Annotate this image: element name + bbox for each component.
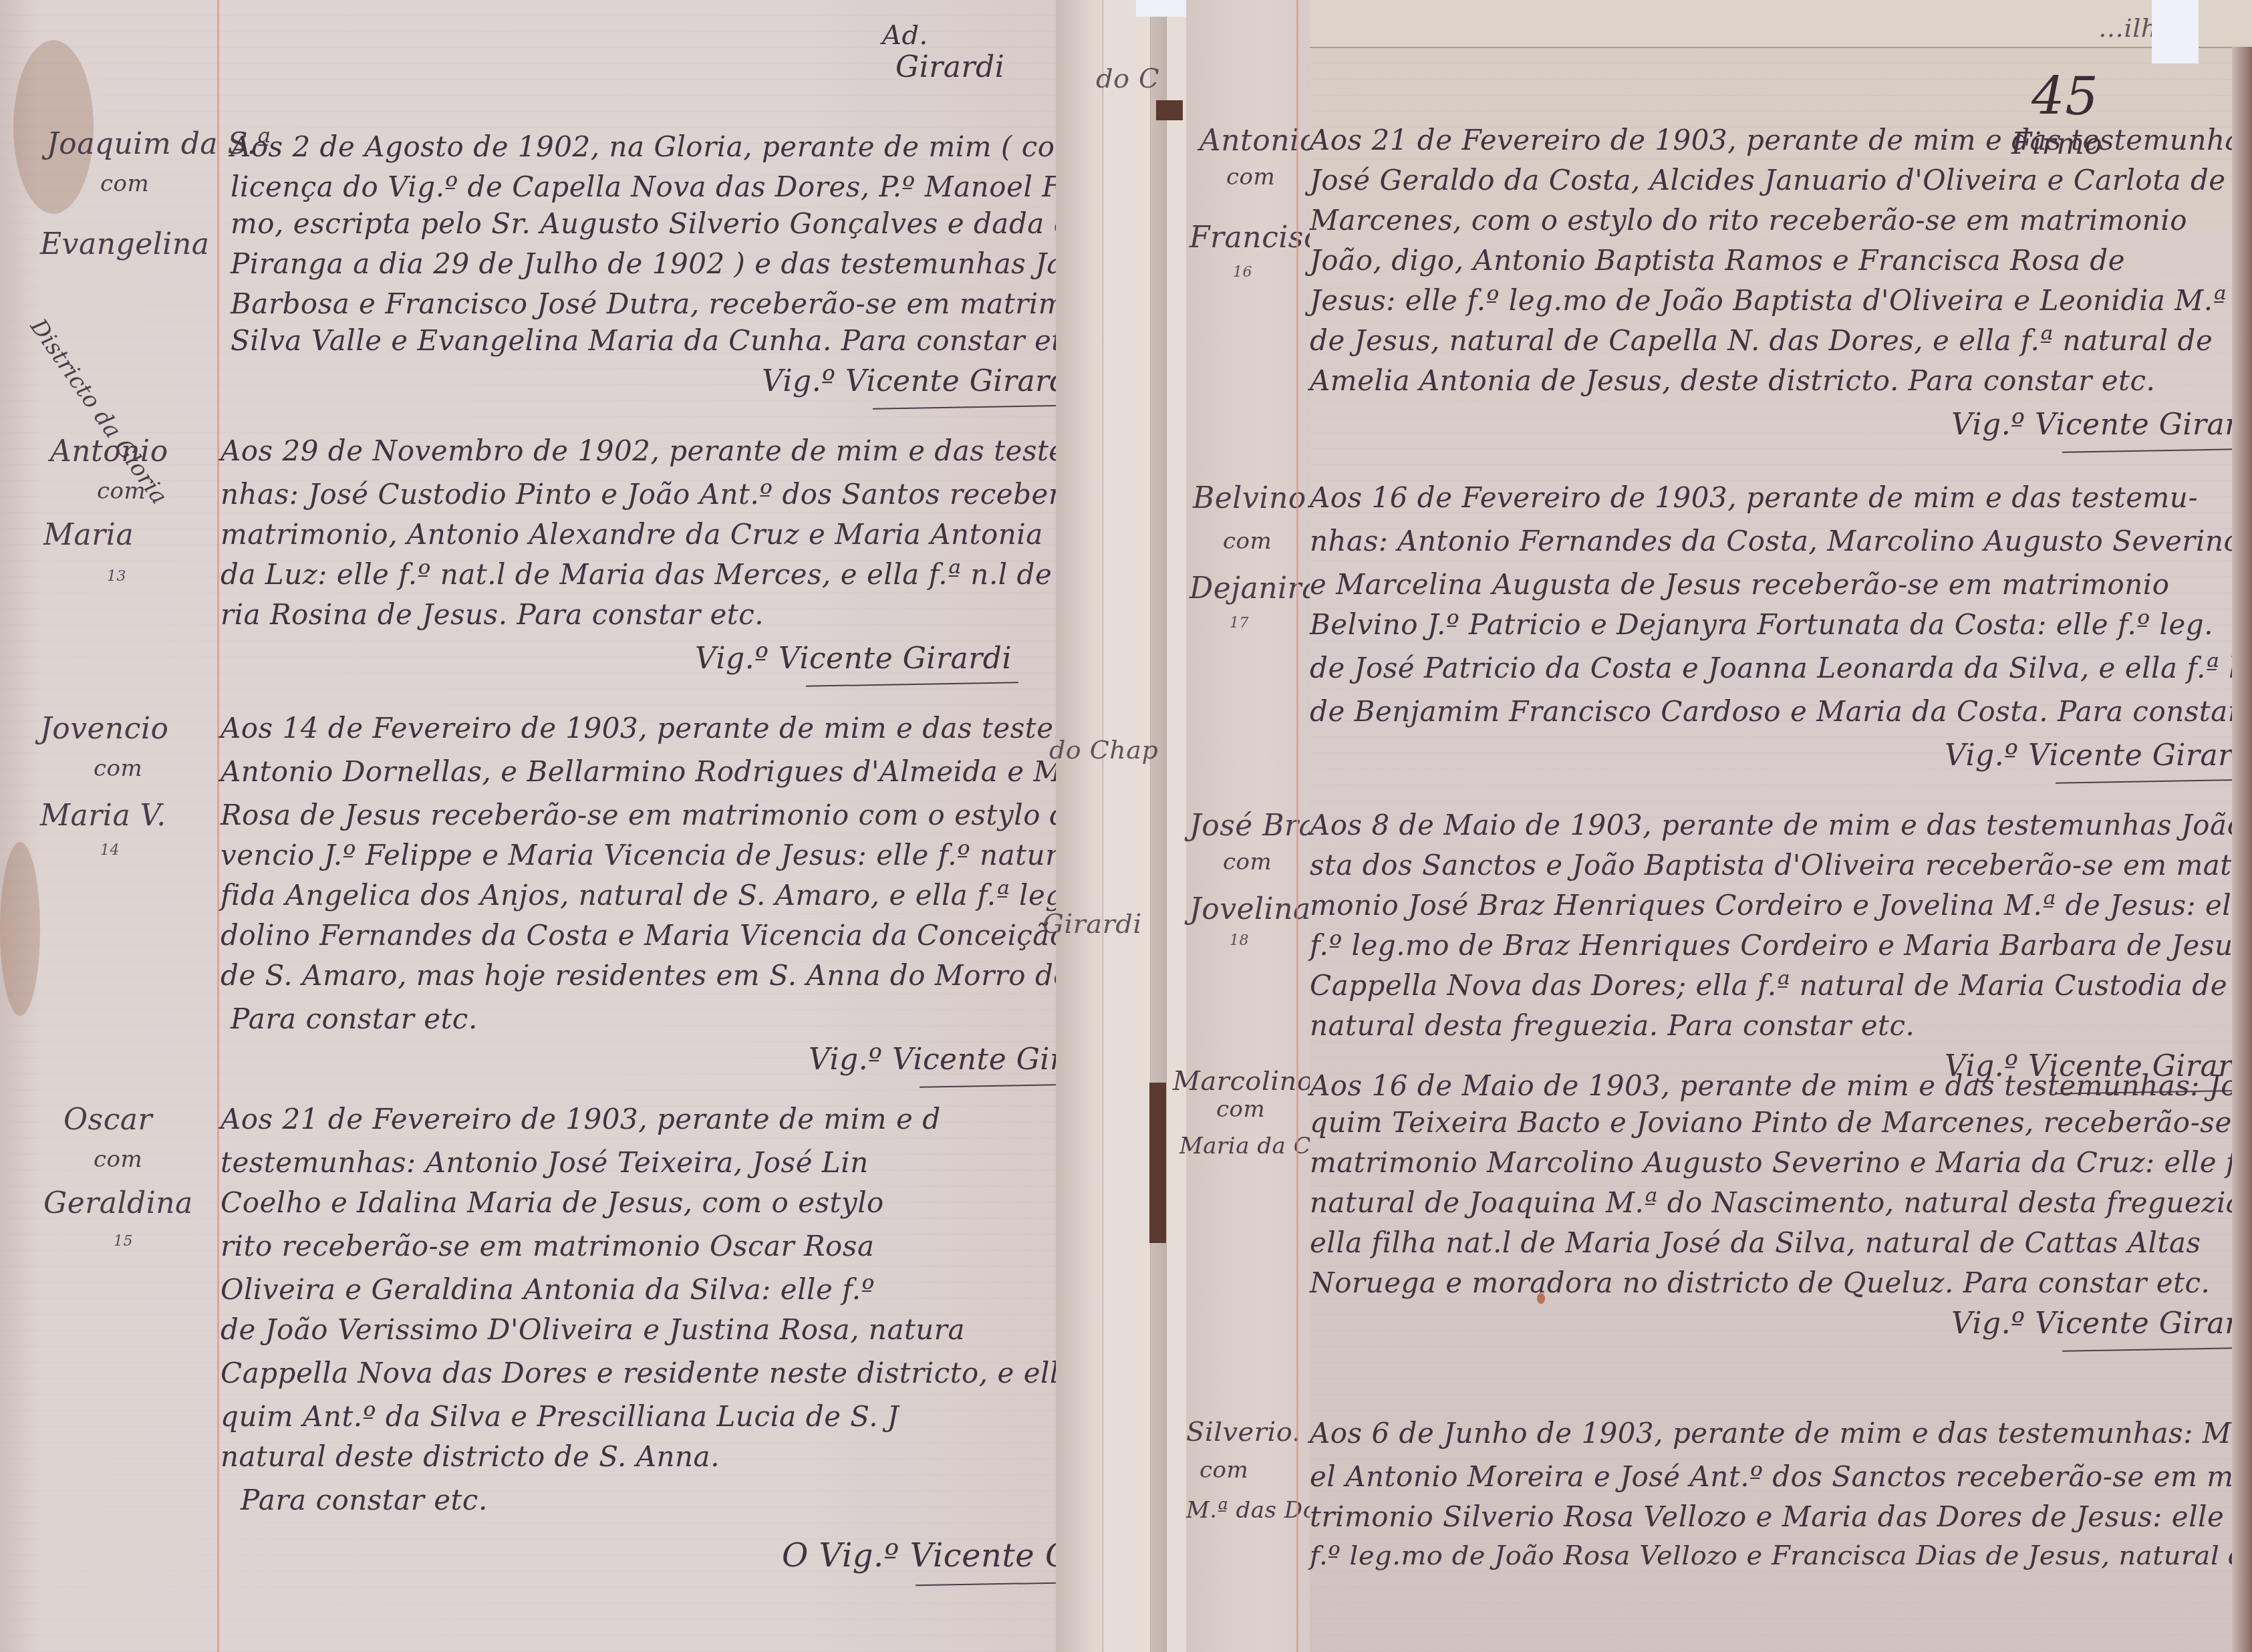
entry-line: de Benjamim Francisco Cardoso e Maria da… [1310,695,2252,728]
entry-line: sta dos Sanctos e João Baptista d'Olivei… [1310,849,2252,881]
entry-line: Aos 2 de Agosto de 1902, na Gloria, pera… [231,130,1082,163]
margin-com: com [94,1146,142,1173]
entry-line: nhas: Antonio Fernandes da Costa, Marcol… [1310,525,2241,557]
entry-line: José Geraldo da Costa, Alcides Januario … [1310,164,2226,196]
entry-line: Para constar etc. [231,1002,478,1035]
signature: Vig.º Vicente Girardi [695,642,1012,676]
margin-groom: Oscar [63,1103,152,1137]
entry-number: 13 [107,568,126,585]
page-right-edge [2232,47,2252,1652]
tear-gap [1156,100,1183,120]
entry-line: Rosa de Jesus receberão-se em matrimonio… [221,799,1184,831]
signature: Vig.º Vicente Girardi [1945,738,2252,773]
right-margin-rule [1296,0,1298,1652]
register-spread: Ad. Girardi Joaquim da S.ª com Evangelin… [0,0,2252,1652]
entry-line: matrimonio, Antonio Alexandre da Cruz e … [221,518,1043,551]
margin-com: com [1223,528,1272,555]
entry-line: Coelho e Idalina Maria de Jesus, com o e… [221,1186,884,1219]
margin-groom: Antonio [1200,124,1318,158]
entry-line: de João Verissimo D'Oliveira e Justina R… [221,1313,965,1346]
entry-line: trimonio Silverio Rosa Vellozo e Maria d… [1310,1500,2224,1533]
entry-line: Aos 6 de Junho de 1903, perante de mim e… [1310,1417,2252,1450]
signature: Vig.º Vicente Girardi [762,364,1079,398]
entry-line: el Antonio Moreira e José Ant.º dos Sanc… [1310,1460,2251,1493]
entry-line: Aos 8 de Maio de 1903, perante de mim e … [1310,809,2252,841]
entry-line: rito receberão-se em matrimonio Oscar Ro… [221,1230,874,1262]
entry-line: Noruega e moradora no districto de Quelu… [1310,1266,2210,1299]
header-note-line-1: Ad. [882,20,928,51]
entry-number: 16 [1233,264,1252,281]
entry-line: quim Teixeira Bacto e Joviano Pinto de M… [1310,1106,2252,1139]
entry-line: testemunhas: Antonio José Teixeira, José… [221,1146,869,1179]
entry-line: Cappella Nova das Dores; ella f.ª natura… [1310,969,2252,1002]
entry-line: João, digo, Antonio Baptista Ramos e Fra… [1310,244,2125,277]
right-page: …ilhas 45 Firmo Aos 21 de Fevereiro de 1… [1310,0,2252,1652]
signature: Vig.º Vicente Girardi [1951,408,2252,442]
margin-bride: Jovelina. [1189,892,1320,926]
entry-line: f.º leg.mo de Braz Henriques Cordeiro e … [1310,929,2252,962]
margin-com: com [1226,164,1275,190]
entry-line: Para constar etc. [241,1484,488,1516]
entry-line: de José Patricio da Costa e Joanna Leona… [1310,652,2252,684]
margin-bride: Evangelina [40,227,209,261]
margin-com: com [1223,849,1272,875]
entry-line: natural de Joaquina M.ª do Nascimento, n… [1310,1186,2252,1219]
signature: Vig.º Vicente Girardi [1951,1306,2252,1341]
entry-line: Aos 16 de Fevereiro de 1903, perante de … [1310,481,2198,514]
margin-groom: Antonio [50,434,168,468]
entry-line: Aos 14 de Fevereiro de 1903, perante de … [221,712,1136,744]
margin-bride: Maria [43,518,134,552]
torn-page-strip [1103,0,1151,1652]
entry-number: 17 [1230,615,1249,632]
gutter-fragment: do Chap [1049,735,1158,765]
gutter-fragment: do C [1096,63,1159,94]
margin-bride: Geraldina [43,1186,193,1220]
margin-groom: Silverio. [1186,1417,1301,1448]
entry-line: de Jesus, natural de Capella N. das Dore… [1310,324,2213,357]
entry-line: matrimonio Marcolino Augusto Severino e … [1310,1146,2252,1179]
entry-line: Jesus: elle f.º leg.mo de João Baptista … [1310,284,2227,317]
entry-line: nhas: José Custodio Pinto e João Ant.º d… [221,478,1191,511]
left-margin-rule [217,0,219,1652]
margin-com: com [97,478,146,505]
folio-number: 45 [2031,67,2098,127]
entry-line: Marcenes, com o estylo do rito receberão… [1310,204,2187,237]
entry-number: 15 [114,1233,133,1250]
margin-groom: Jovencio [40,712,169,746]
entry-number: 14 [100,842,120,859]
entry-line: da Luz: elle f.º nat.l de Maria das Merc… [221,558,1107,591]
margin-bride: Dejanira [1189,571,1320,605]
entry-line: dolino Fernandes da Costa e Maria Vicenc… [221,919,1142,952]
entry-line: ria Rosina de Jesus. Para constar etc. [221,598,764,631]
entry-line: e Marcelina Augusta de Jesus receberão-s… [1310,568,2170,601]
entry-line: f.º leg.mo de João Rosa Vellozo e Franci… [1310,1540,2252,1571]
page-hole [2152,0,2199,63]
entry-line: natural deste districto de S. Anna. [221,1440,720,1473]
entry-line: quim Ant.º da Silva e Prescilliana Lucia… [221,1400,899,1433]
entry-line: Aos 21 de Fevereiro de 1903, perante de … [221,1103,941,1135]
margin-com: com [94,755,142,782]
entry-line: Belvino J.º Patricio e Dejanyra Fortunat… [1310,608,2213,641]
header-note-line-2: Girardi [895,50,1004,84]
stain [0,842,40,1016]
ink-stain [1537,1293,1545,1304]
entry-number: 18 [1230,932,1249,949]
entry-line: monio José Braz Henriques Cordeiro e Jov… [1310,889,2252,922]
entry-line: vencio J.º Felippe e Maria Vicencia de J… [221,839,1159,871]
entry-line: Oliveira e Geraldina Antonia da Silva: e… [221,1273,875,1306]
entry-line: ella filha nat.l de Maria José da Silva,… [1310,1226,2201,1259]
gutter-fragment: Girardi [1042,909,1142,940]
margin-groom: Belvino [1193,481,1306,515]
margin-com: com [1200,1457,1248,1484]
entry-line: Aos 16 de Maio de 1903, perante de mim e… [1310,1069,2252,1102]
margin-com: com [1216,1096,1265,1123]
margin-com: com [100,170,149,197]
entry-line: Amelia Antonia de Jesus, deste districto… [1310,364,2155,397]
tear-gap [1149,1083,1166,1243]
entry-line: Aos 21 de Fevereiro de 1903, perante de … [1310,124,2252,156]
entry-line: natural desta freguezia. Para constar et… [1310,1009,1915,1042]
entry-line: Antonio Dornellas, e Bellarmino Rodrigue… [221,755,1080,788]
entry-line: Silva Valle e Evangelina Maria da Cunha.… [231,324,1089,357]
left-page: Ad. Girardi Joaquim da S.ª com Evangelin… [0,0,1096,1652]
margin-bride: Maria V. [40,799,166,833]
entry-line: Aos 29 de Novembro de 1902, perante de m… [221,434,1111,467]
right-page-left-margin: Antonio com Francisca. 16 Belvino com De… [1186,0,1313,1652]
entry-line: de S. Amaro, mas hoje residentes em S. A… [221,959,1155,992]
